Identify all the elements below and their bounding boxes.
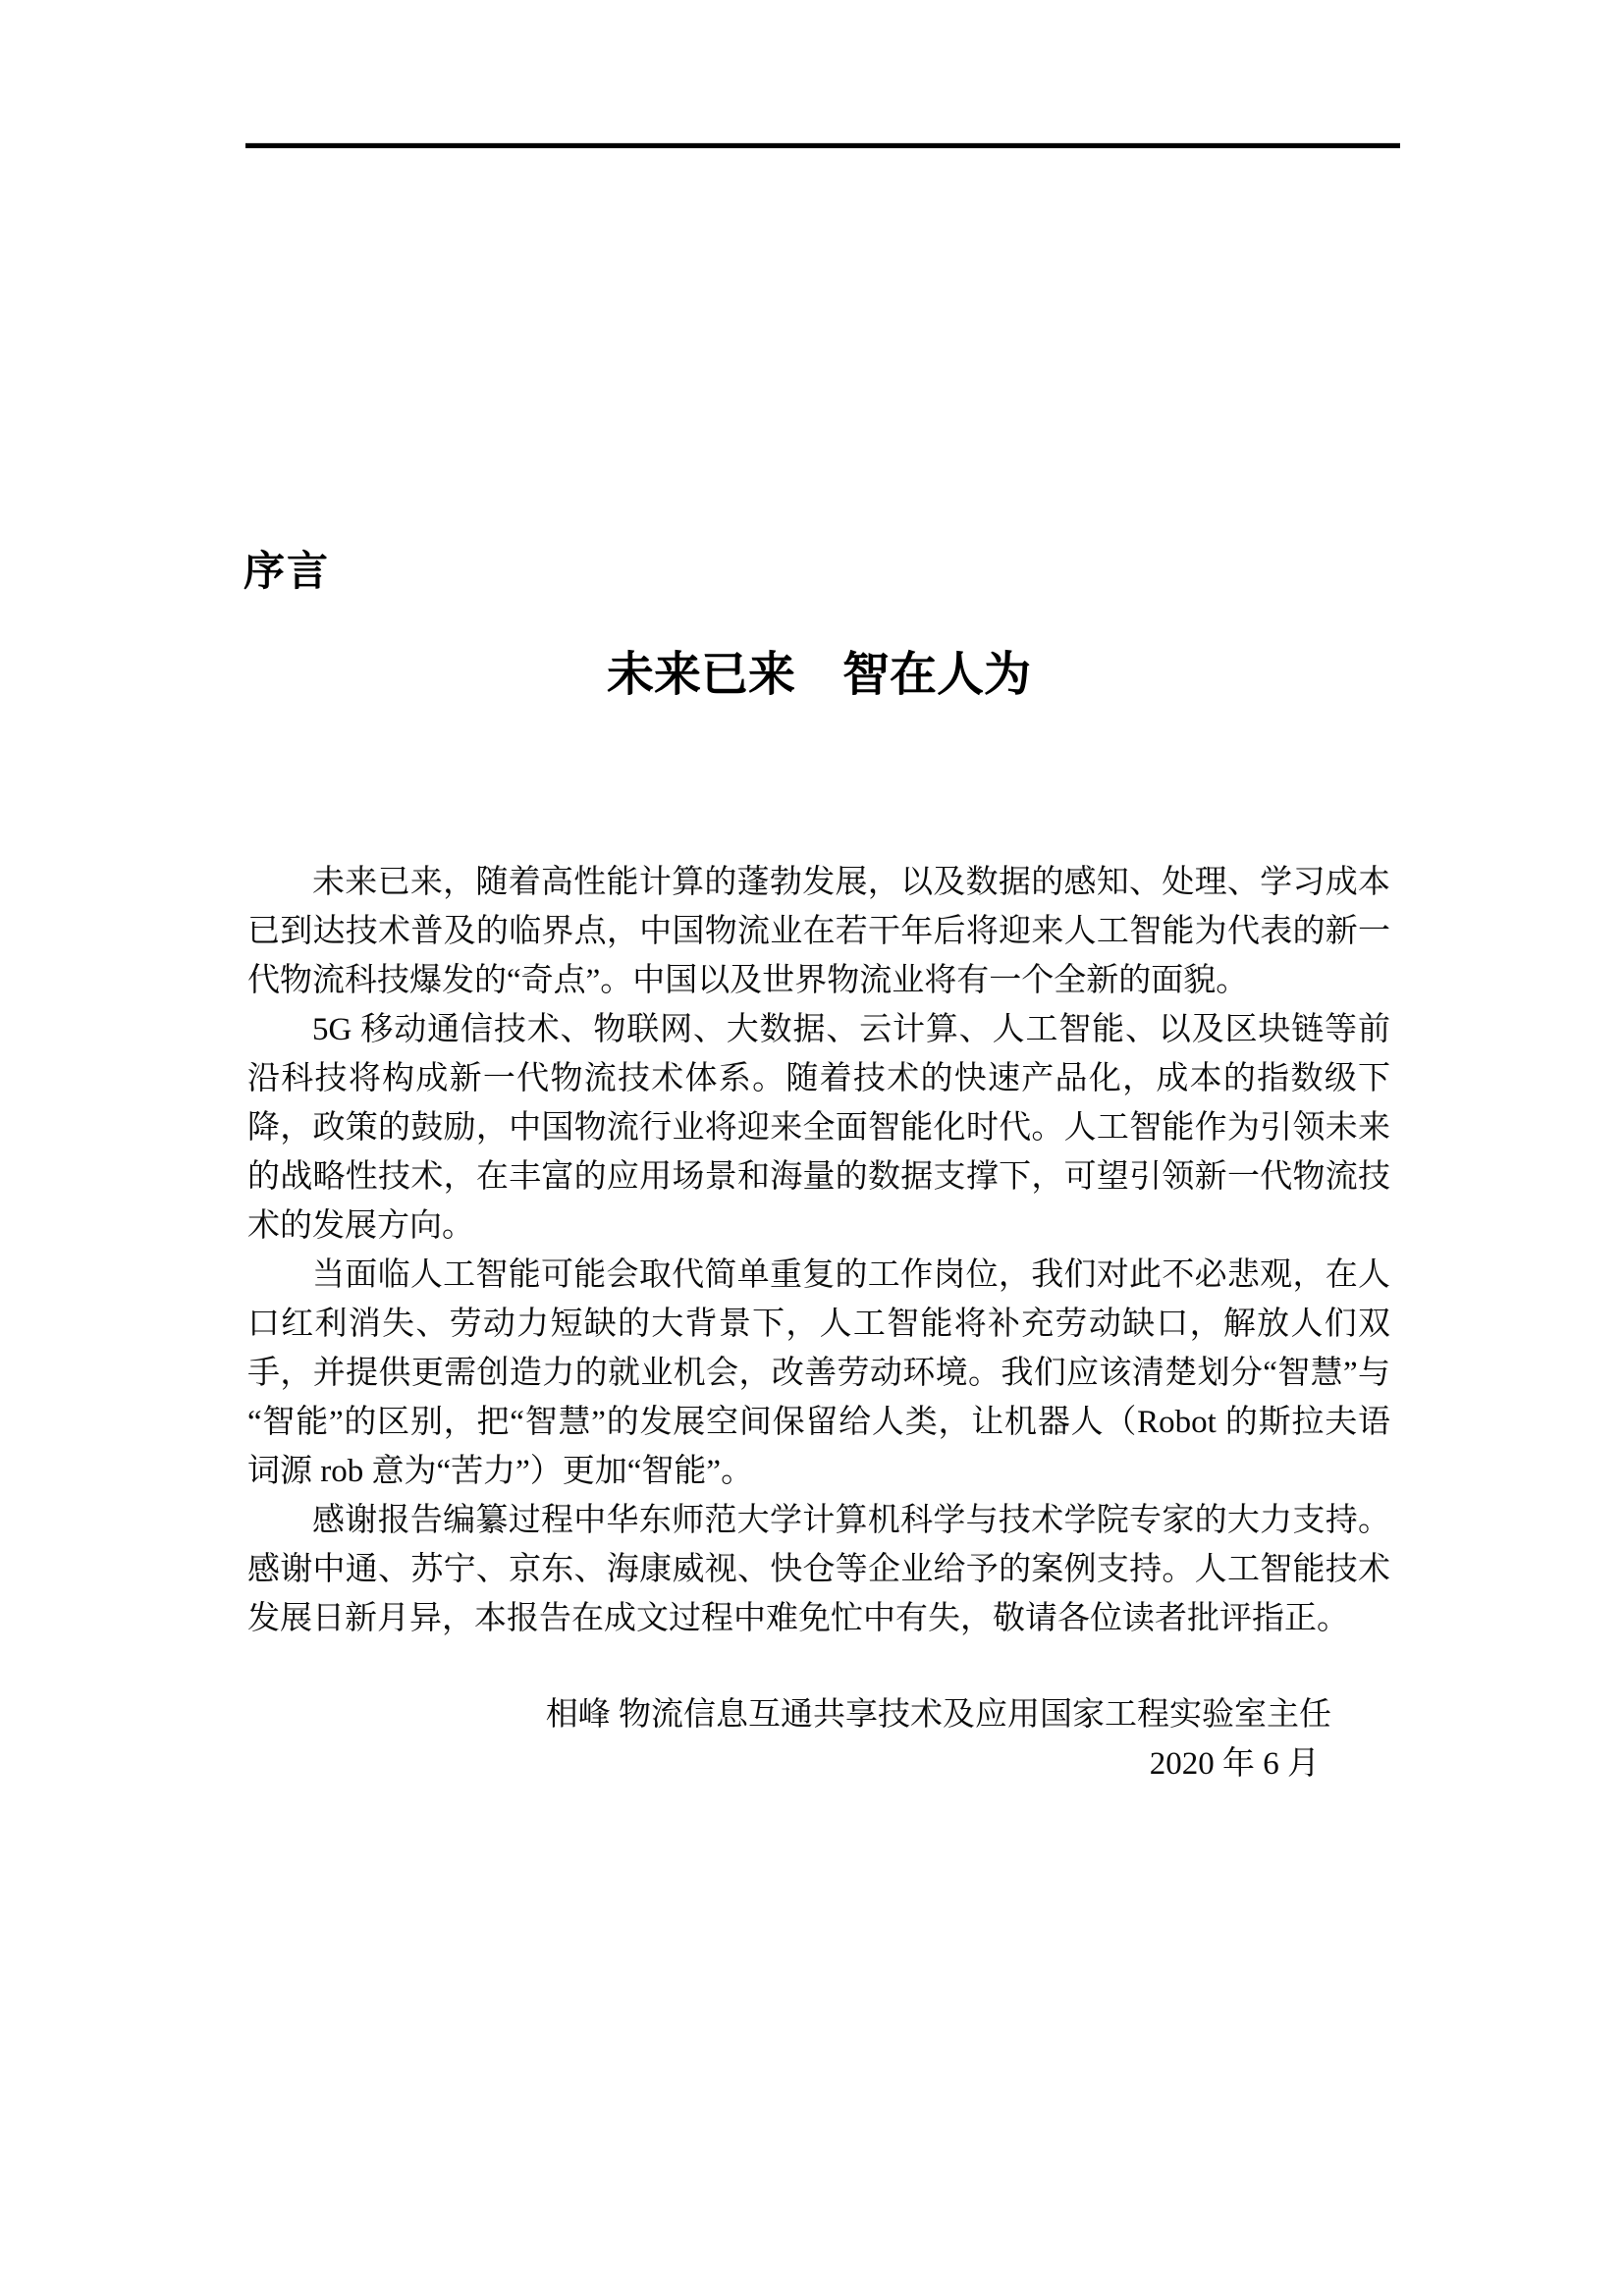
body-paragraph-1: 未来已来，随着高性能计算的蓬勃发展，以及数据的感知、处理、学习成本已到达技术普及… bbox=[247, 858, 1390, 1005]
preface-heading: 序言 bbox=[244, 546, 330, 598]
document-title: 未来已来 智在人为 bbox=[247, 646, 1390, 705]
signature-author-line: 相峰 物流信息互通共享技术及应用国家工程实验室主任 bbox=[247, 1690, 1331, 1739]
body-paragraph-4: 感谢报告编纂过程中华东师范大学计算机科学与技术学院专家的大力支持。感谢中通、苏宁… bbox=[247, 1496, 1390, 1643]
document-page: 序言 未来已来 智在人为 未来已来，随着高性能计算的蓬勃发展，以及数据的感知、处… bbox=[0, 0, 1624, 2296]
signature-date-line: 2020 年 6 月 bbox=[247, 1739, 1331, 1789]
body-paragraph-2: 5G 移动通信技术、物联网、大数据、云计算、人工智能、以及区块链等前沿科技将构成… bbox=[247, 1005, 1390, 1251]
body-paragraph-3: 当面临人工智能可能会取代简单重复的工作岗位，我们对此不必悲观，在人口红利消失、劳… bbox=[247, 1251, 1390, 1496]
document-body: 未来已来，随着高性能计算的蓬勃发展，以及数据的感知、处理、学习成本已到达技术普及… bbox=[247, 858, 1390, 1789]
header-rule bbox=[245, 142, 1400, 148]
signature-block: 相峰 物流信息互通共享技术及应用国家工程实验室主任 2020 年 6 月 bbox=[247, 1690, 1390, 1789]
